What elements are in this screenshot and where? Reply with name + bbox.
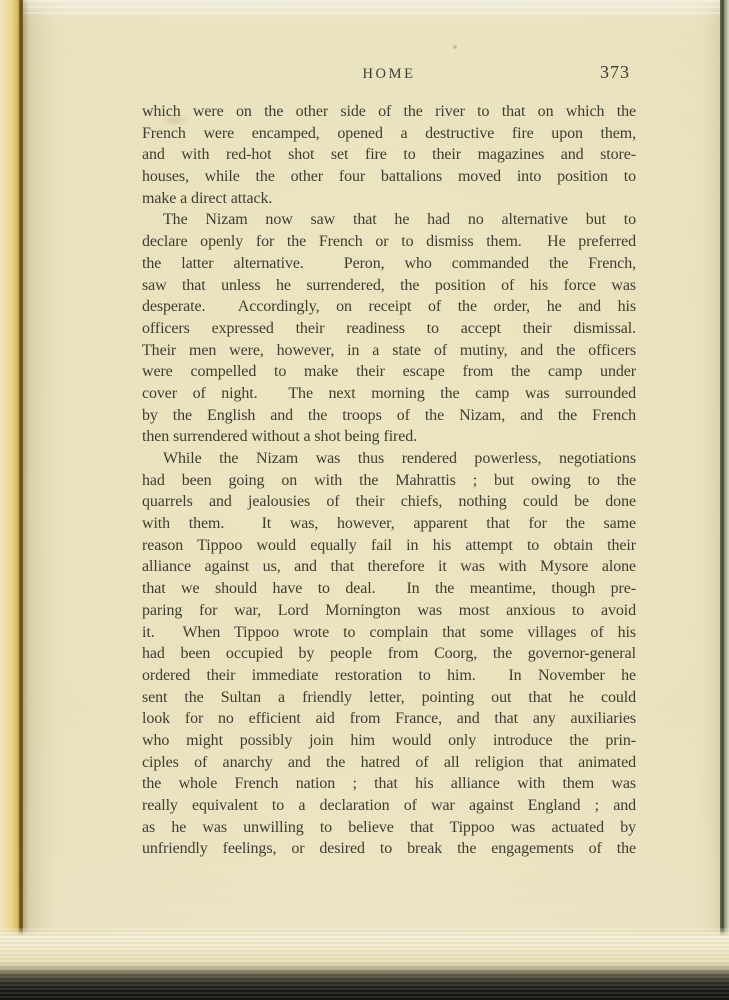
text-line: with them. It was, however, apparent tha… bbox=[142, 513, 636, 535]
text-line: were compelled to make their escape from… bbox=[142, 361, 636, 383]
right-page-edge-sliver bbox=[724, 0, 729, 990]
text-line: alliance against us, and that therefore … bbox=[142, 556, 636, 578]
text-line: While the Nizam was thus rendered powerl… bbox=[142, 448, 636, 470]
text-line: who might possibly join him would only i… bbox=[142, 730, 636, 752]
text-line: desperate. Accordingly, on receipt of th… bbox=[142, 296, 636, 318]
text-line: that we should have to deal. In the mean… bbox=[142, 578, 636, 600]
text-line: sent the Sultan a friendly letter, point… bbox=[142, 687, 636, 709]
running-header: HOME bbox=[142, 66, 636, 83]
text-line: paring for war, Lord Mornington was most… bbox=[142, 600, 636, 622]
text-line: which were on the other side of the rive… bbox=[142, 101, 636, 123]
text-line: quarrels and jealousies of their chiefs,… bbox=[142, 491, 636, 513]
text-line: really equivalent to a declaration of wa… bbox=[142, 795, 636, 817]
text-line: the whole French nation ; that his allia… bbox=[142, 773, 636, 795]
text-line: declare openly for the French or to dism… bbox=[142, 231, 636, 253]
text-line: ordered their immediate restoration to h… bbox=[142, 665, 636, 687]
text-line: ciples of anarchy and the hatred of all … bbox=[142, 752, 636, 774]
book-page: HOME 373 which were on the other side of… bbox=[23, 0, 721, 972]
page-number: 373 bbox=[600, 62, 630, 83]
text-line: The Nizam now saw that he had no alterna… bbox=[142, 209, 636, 231]
text-line: officers expressed their readiness to ac… bbox=[142, 318, 636, 340]
text-line: by the English and the troops of the Niz… bbox=[142, 405, 636, 427]
text-line: houses, while the other four battalions … bbox=[142, 166, 636, 188]
text-line: cover of night. The next morning the cam… bbox=[142, 383, 636, 405]
page-top-edge-highlight bbox=[23, 0, 721, 18]
text-line: reason Tippoo would equally fail in his … bbox=[142, 535, 636, 557]
text-line: Their men were, however, in a state of m… bbox=[142, 340, 636, 362]
text-line: unfriendly feelings, or desired to break… bbox=[142, 838, 636, 860]
page-header: HOME 373 bbox=[142, 62, 636, 86]
text-line: had been occupied by people from Coorg, … bbox=[142, 643, 636, 665]
text-line: saw that unless he surrendered, the posi… bbox=[142, 275, 636, 297]
text-line: French were encamped, opened a destructi… bbox=[142, 123, 636, 145]
text-line: had been going on with the Mahrattis ; b… bbox=[142, 470, 636, 492]
book-scan: HOME 373 which were on the other side of… bbox=[0, 0, 729, 1000]
text-line: as he was unwilling to believe that Tipp… bbox=[142, 817, 636, 839]
text-line: make a direct attack. bbox=[142, 188, 636, 210]
text-line: and with red-hot shot set fire to their … bbox=[142, 144, 636, 166]
text-block: which were on the other side of the rive… bbox=[142, 101, 636, 860]
text-line: it. When Tippoo wrote to complain that s… bbox=[142, 622, 636, 644]
gutter-shadow-line bbox=[19, 0, 23, 975]
text-line: look for no efficient aid from France, a… bbox=[142, 708, 636, 730]
text-line: the latter alternative. Peron, who comma… bbox=[142, 253, 636, 275]
text-line: then surrendered without a shot being fi… bbox=[142, 426, 636, 448]
bottom-page-stack-and-cover bbox=[0, 928, 729, 1000]
left-page-stack-edge bbox=[0, 0, 19, 978]
